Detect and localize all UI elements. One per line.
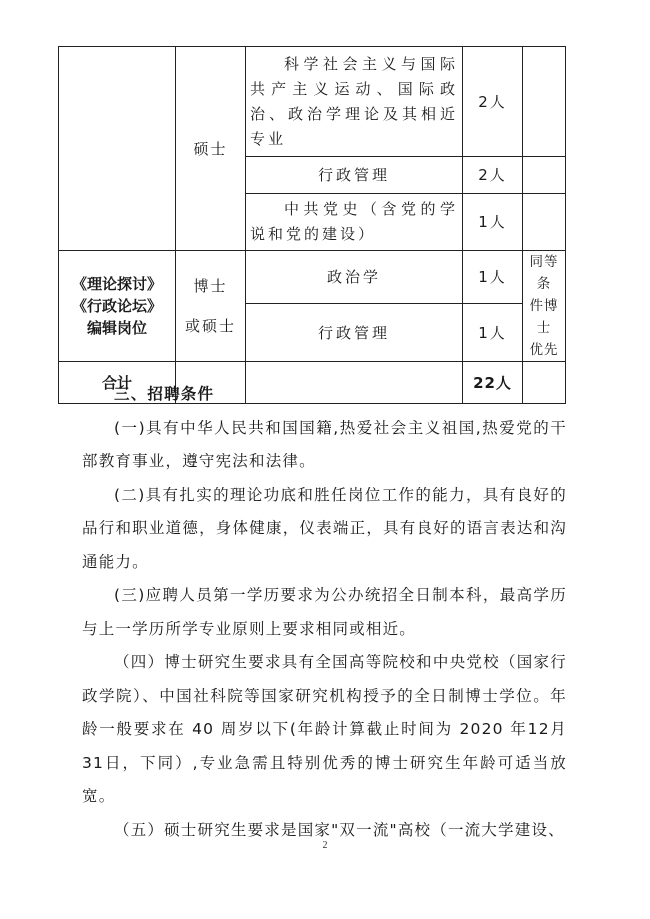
major-text: 科学社会主义与国际共产主义运动、国际政治、政治学理论及其相近专业	[250, 52, 458, 152]
paragraph: （四）博士研究生要求具有全国高等院校和中央党校（国家行政学院）、中国社科院等国家…	[82, 646, 567, 814]
major-cell: 科学社会主义与国际共产主义运动、国际政治、政治学理论及其相近专业	[246, 47, 463, 157]
degree-cell: 硕士	[176, 47, 246, 251]
paragraph: (三)应聘人员第一学历要求为公办统招全日制本科，最高学历与上一学历所学专业原则上…	[82, 579, 567, 646]
position-cell: 《理论探讨》 《行政论坛》 编辑岗位	[59, 251, 176, 362]
count-cell: 1人	[463, 304, 523, 362]
note-cell	[523, 47, 566, 157]
note-line: 件博士	[523, 295, 565, 339]
paragraph: (一)具有中华人民共和国国籍,热爱社会主义祖国,热爱党的干部教育事业，遵守宪法和…	[82, 412, 567, 479]
degree-line: 博士	[176, 266, 245, 306]
note-cell	[523, 157, 566, 194]
note-line: 同等条	[523, 251, 565, 295]
count-cell: 1人	[463, 194, 523, 251]
major-cell: 中共党史（含党的学说和党的建设）	[246, 194, 463, 251]
table-row: 硕士 科学社会主义与国际共产主义运动、国际政治、政治学理论及其相近专业 2人	[59, 47, 566, 157]
section-heading: 三、招聘条件	[82, 378, 567, 412]
major-cell: 行政管理	[246, 304, 463, 362]
position-cell	[59, 47, 176, 251]
positions-table: 硕士 科学社会主义与国际共产主义运动、国际政治、政治学理论及其相近专业 2人 行…	[58, 46, 566, 404]
count-cell: 2人	[463, 157, 523, 194]
position-line: 《理论探讨》	[59, 273, 175, 295]
paragraph: (二)具有扎实的理论功底和胜任岗位工作的能力，具有良好的品行和职业道德，身体健康…	[82, 479, 567, 580]
degree-line: 或硕士	[176, 306, 245, 346]
note-cell	[523, 194, 566, 251]
note-cell: 同等条 件博士 优先	[523, 251, 566, 362]
page-number: 2	[0, 840, 650, 851]
degree-cell: 博士 或硕士	[176, 251, 246, 362]
note-line: 优先	[523, 339, 565, 361]
table-row: 《理论探讨》 《行政论坛》 编辑岗位 博士 或硕士 政治学 1人 同等条 件博士…	[59, 251, 566, 304]
position-line: 编辑岗位	[59, 317, 175, 339]
count-cell: 1人	[463, 251, 523, 304]
major-cell: 行政管理	[246, 157, 463, 194]
major-cell: 政治学	[246, 251, 463, 304]
recruitment-conditions: 三、招聘条件 (一)具有中华人民共和国国籍,热爱社会主义祖国,热爱党的干部教育事…	[82, 378, 567, 847]
count-cell: 2人	[463, 47, 523, 157]
position-line: 《行政论坛》	[59, 295, 175, 317]
major-text: 中共党史（含党的学说和党的建设）	[250, 197, 458, 247]
